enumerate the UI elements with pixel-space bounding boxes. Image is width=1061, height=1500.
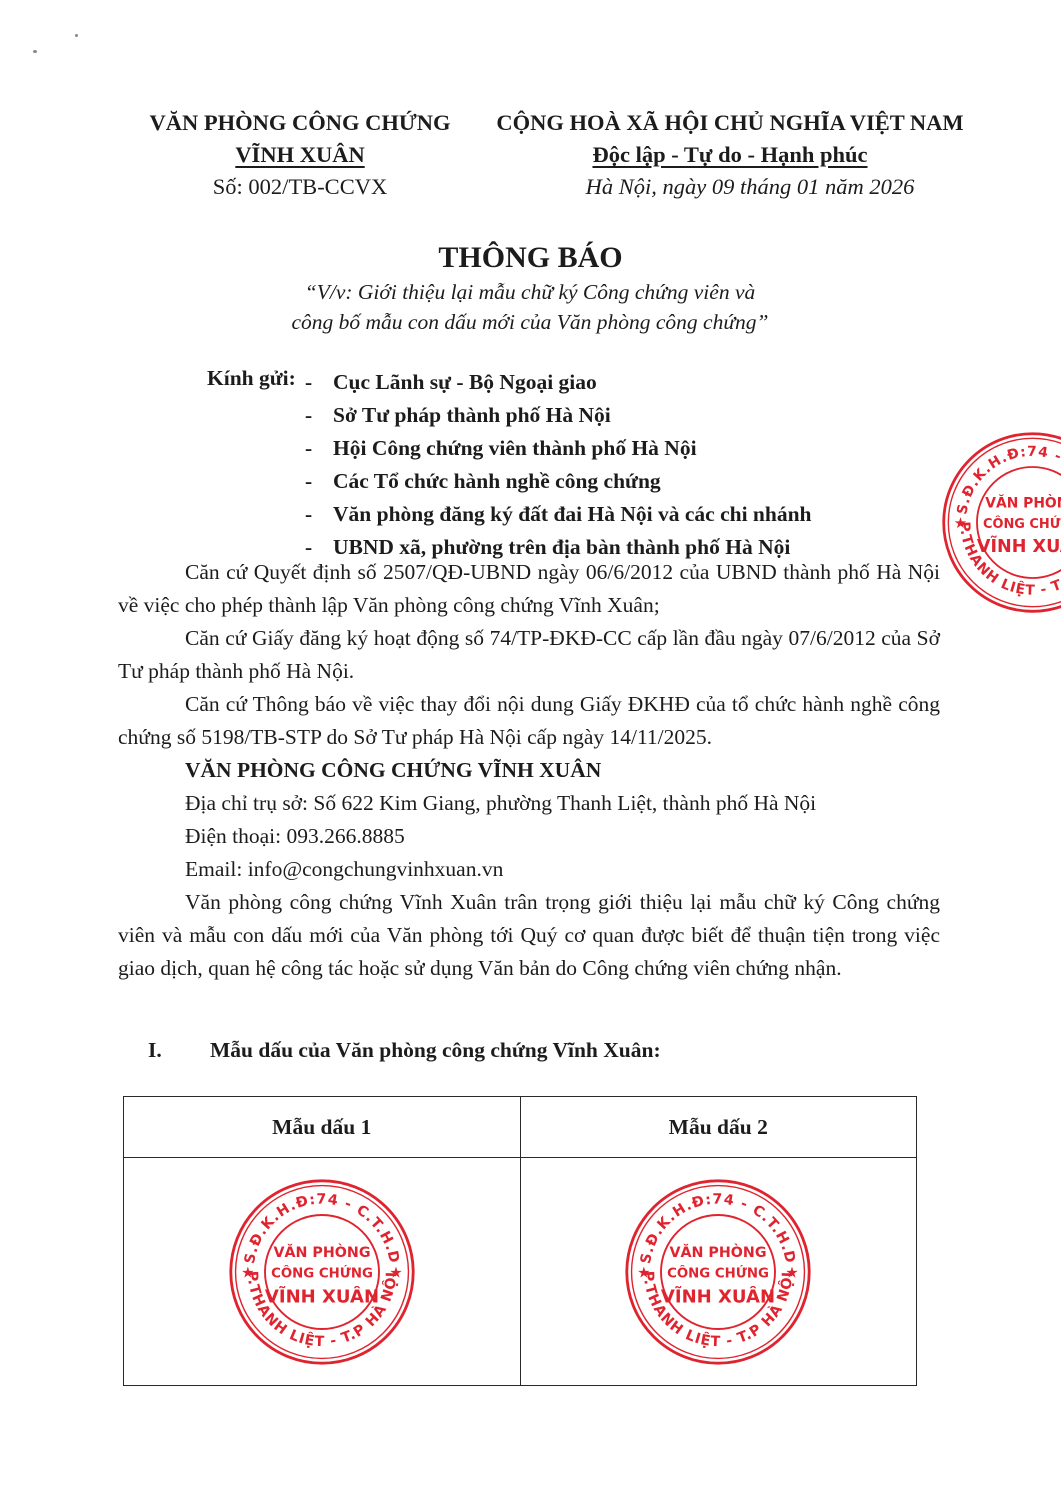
svg-text:VĨNH XUÂN: VĨNH XUÂN	[977, 534, 1061, 557]
national-title: CỘNG HOÀ XÃ HỘI CHỦ NGHĨA VIỆT NAM	[470, 107, 990, 139]
svg-text:★: ★	[241, 1264, 255, 1281]
legal-basis-2: Căn cứ Giấy đăng ký hoạt động số 74/TP-Đ…	[118, 622, 940, 688]
edge-stamp: S.Đ.K.H.Đ:74 - C.T.H.D P.THANH LIỆT - T.…	[940, 430, 1061, 630]
recipient-item: -Các Tổ chức hành nghề công chứng	[305, 465, 812, 498]
stamp-cell-2: S.Đ.K.H.Đ:74 - C.T.H.D P.THANH LIỆT - T.…	[520, 1158, 917, 1386]
list-dash: -	[305, 498, 333, 531]
subject-line-1: “V/v: Giới thiệu lại mẫu chữ ký Công chứ…	[200, 277, 860, 307]
issuing-office-name: VĂN PHÒNG CÔNG CHỨNG	[120, 107, 480, 139]
recipient-text: Hội Công chứng viên thành phố Hà Nội	[333, 432, 697, 465]
office-name: VĂN PHÒNG CÔNG CHỨNG VĨNH XUÂN	[118, 754, 940, 787]
recipients-list: -Cục Lãnh sự - Bộ Ngoại giao-Sở Tư pháp …	[305, 366, 812, 564]
place-date: Hà Nội, ngày 09 tháng 01 năm 2026	[470, 171, 990, 203]
svg-text:CÔNG CHỨNG: CÔNG CHỨNG	[667, 1263, 769, 1281]
recipients-label: Kính gửi:	[207, 366, 296, 391]
svg-text:★: ★	[786, 1264, 800, 1281]
svg-text:VĂN PHÒNG: VĂN PHÒNG	[273, 1242, 370, 1260]
svg-text:CÔNG CHỨNG: CÔNG CHỨNG	[983, 516, 1061, 532]
section-title: Mẫu dấu của Văn phòng công chứng Vĩnh Xu…	[210, 1038, 661, 1062]
recipient-text: Văn phòng đăng ký đất đai Hà Nội và các …	[333, 498, 812, 531]
svg-text:★: ★	[954, 516, 967, 532]
svg-text:★: ★	[637, 1264, 651, 1281]
office-address: Địa chỉ trụ sở: Số 622 Kim Giang, phường…	[118, 787, 940, 820]
national-header-block: CỘNG HOÀ XÃ HỘI CHỦ NGHĨA VIỆT NAM Độc l…	[470, 107, 990, 203]
stamp-samples-table: Mẫu dấu 1 Mẫu dấu 2 S.Đ.K.H.Đ:74 - C.T.H…	[123, 1096, 917, 1386]
recipient-text: Sở Tư pháp thành phố Hà Nội	[333, 399, 611, 432]
scan-speck	[33, 50, 37, 53]
svg-text:★: ★	[389, 1264, 403, 1281]
subject-line-2: công bố mẫu con dấu mới của Văn phòng cô…	[200, 307, 860, 337]
stamp-header-1: Mẫu dấu 1	[124, 1097, 521, 1158]
recipient-text: Cục Lãnh sự - Bộ Ngoại giao	[333, 366, 597, 399]
recipient-item: -Cục Lãnh sự - Bộ Ngoại giao	[305, 366, 812, 399]
legal-basis-1: Căn cứ Quyết định số 2507/QĐ-UBND ngày 0…	[118, 556, 940, 622]
document-number: Số: 002/TB-CCVX	[120, 171, 480, 203]
list-dash: -	[305, 366, 333, 399]
list-dash: -	[305, 399, 333, 432]
recipient-item: -Hội Công chứng viên thành phố Hà Nội	[305, 432, 812, 465]
svg-text:VĂN PHÒNG: VĂN PHÒNG	[985, 494, 1061, 512]
svg-text:VĨNH XUÂN: VĨNH XUÂN	[265, 1284, 379, 1307]
recipient-item: -Văn phòng đăng ký đất đai Hà Nội và các…	[305, 498, 812, 531]
svg-text:VĂN PHÒNG: VĂN PHÒNG	[670, 1242, 767, 1260]
list-dash: -	[305, 432, 333, 465]
office-phone: Điện thoại: 093.266.8885	[118, 820, 940, 853]
document-title: THÔNG BÁO	[0, 241, 1061, 275]
document-body: Căn cứ Quyết định số 2507/QĐ-UBND ngày 0…	[118, 556, 940, 985]
document-subject: “V/v: Giới thiệu lại mẫu chữ ký Công chứ…	[200, 277, 860, 337]
section-number: I.	[148, 1038, 210, 1063]
stamp-cell-1: S.Đ.K.H.Đ:74 - C.T.H.D P.THANH LIỆT - T.…	[124, 1158, 521, 1386]
list-dash: -	[305, 465, 333, 498]
section-heading: I.Mẫu dấu của Văn phòng công chứng Vĩnh …	[148, 1038, 661, 1063]
issuing-office-block: VĂN PHÒNG CÔNG CHỨNG VĨNH XUÂN Số: 002/T…	[120, 107, 480, 203]
national-motto: Độc lập - Tự do - Hạnh phúc	[592, 142, 867, 167]
svg-text:CÔNG CHỨNG: CÔNG CHỨNG	[271, 1263, 373, 1281]
scan-speck	[75, 34, 78, 37]
issuing-office-name-line2: VĨNH XUÂN	[235, 142, 364, 167]
official-stamp-partial: S.Đ.K.H.Đ:74 - C.T.H.D P.THANH LIỆT - T.…	[940, 430, 1061, 615]
recipient-text: Các Tổ chức hành nghề công chứng	[333, 465, 661, 498]
svg-text:VĨNH XUÂN: VĨNH XUÂN	[661, 1284, 775, 1307]
office-email: Email: info@congchungvinhxuan.vn	[118, 853, 940, 886]
official-stamp-1: S.Đ.K.H.Đ:74 - C.T.H.D P.THANH LIỆT - T.…	[125, 1177, 519, 1367]
official-stamp-2: S.Đ.K.H.Đ:74 - C.T.H.D P.THANH LIỆT - T.…	[522, 1177, 916, 1367]
legal-basis-3: Căn cứ Thông báo về việc thay đổi nội du…	[118, 688, 940, 754]
intro-paragraph: Văn phòng công chứng Vĩnh Xuân trân trọn…	[118, 886, 940, 985]
stamp-header-2: Mẫu dấu 2	[520, 1097, 917, 1158]
recipient-item: -Sở Tư pháp thành phố Hà Nội	[305, 399, 812, 432]
